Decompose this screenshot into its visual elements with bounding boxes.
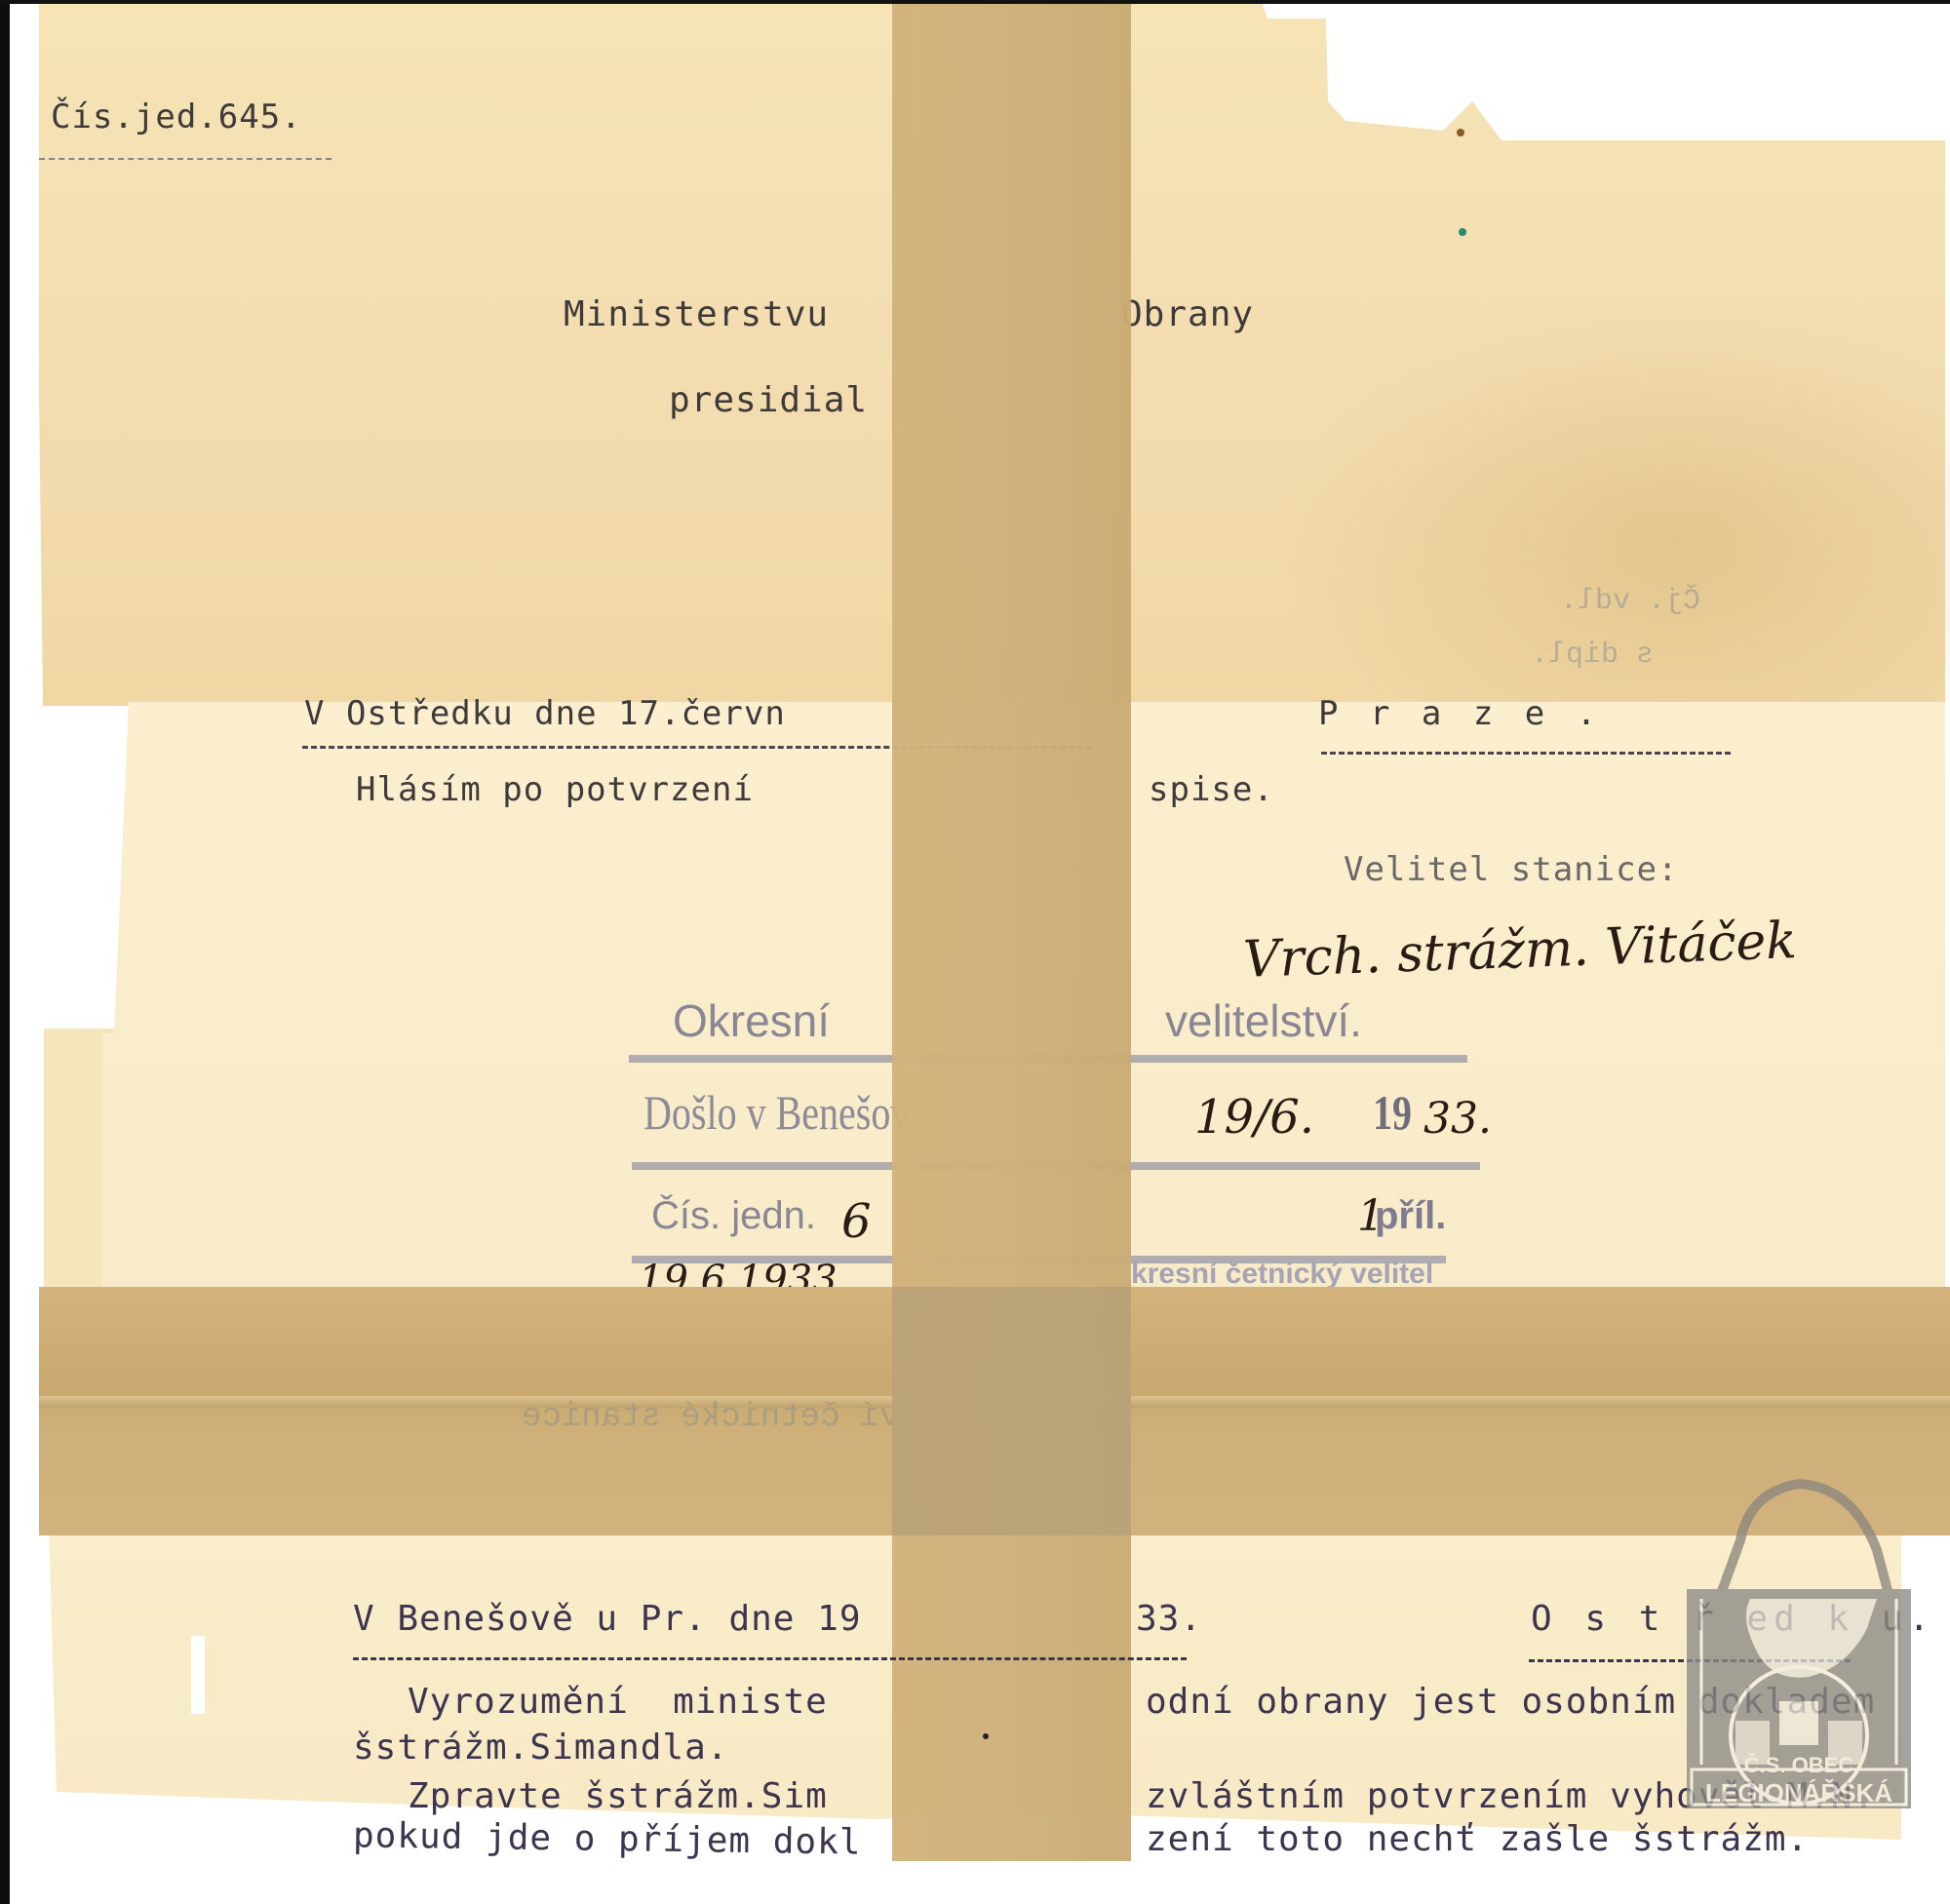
stamp-received-label: Došlo v Benešov [643, 1084, 910, 1141]
paper-tear [191, 1636, 205, 1714]
second-stamp-text: kresní četnický velitel [1131, 1258, 1433, 1291]
stamp-number-label: Čís. jedn. [651, 1194, 816, 1238]
ink-speck [1459, 228, 1466, 236]
reply-place-date-left: V Benešově u Pr. dne 19 [353, 1599, 862, 1639]
reply-place-date-right: 33. [1136, 1599, 1202, 1639]
signature-label: Velitel stanice: [1344, 850, 1679, 889]
stamp-received-date: 19/6. [1194, 1090, 1314, 1145]
reference-number: Čís.jed.645. [51, 97, 302, 136]
legionnaire-helmet-emblem-icon: Č.S. OBEC LEGIONÁŘSKÁ [1682, 1472, 1916, 1818]
stamp-received-year: 33. [1423, 1094, 1492, 1144]
report-line-right: spise. [1149, 770, 1274, 809]
report-line-left: Hlásím po potvrzení [356, 770, 754, 809]
reply-date-underline [353, 1657, 1187, 1660]
tape-overlap [892, 1287, 1131, 1535]
reply-paragraph-3-left: pokud jde o příjem dokl [353, 1815, 862, 1862]
stamp-title-right: velitelství. [1165, 994, 1362, 1047]
reply-paragraph-1-line-2: šstrážm.Simandla. [353, 1728, 728, 1768]
stamp-received-year-prefix: 19 [1373, 1084, 1412, 1141]
watermark-caption-line-2: LEGIONÁŘSKÁ [1692, 1778, 1906, 1808]
reply-paragraph-2-left: Zpravte šstrážm.Sim [408, 1776, 828, 1816]
destination-prague: P r a z e . [1318, 694, 1602, 733]
reply-paragraph-1-left: Vyrozumění ministe [408, 1682, 828, 1722]
reference-underline [39, 158, 331, 160]
addressee-line-1-right: Obrany [1121, 294, 1254, 334]
watermark-caption-line-1: Č.S. OBEC [1701, 1753, 1896, 1778]
vertical-tape [892, 4, 1131, 1861]
scanner-border [0, 0, 10, 1904]
bleed-through-line-1: Čj. vdl. [1560, 585, 1700, 618]
stamp-number-value: 6 [841, 1194, 872, 1249]
place-date-line: V Ostředku dne 17.červn [304, 694, 786, 733]
destination-underline [1321, 752, 1731, 755]
ink-speck [1457, 129, 1464, 136]
addressee-line-1-left: Ministerstvu [564, 294, 829, 334]
stamp-title-left: Okresní [673, 994, 830, 1047]
bleed-through-line-2: s dipl. [1531, 639, 1654, 672]
reply-paragraph-3-right: zení toto nechť zašle šstrážm. [1146, 1819, 1809, 1859]
ink-speck [983, 1733, 989, 1739]
addressee-line-2: presidial [669, 380, 868, 420]
stamp-attachments-label: příl. [1375, 1194, 1446, 1238]
